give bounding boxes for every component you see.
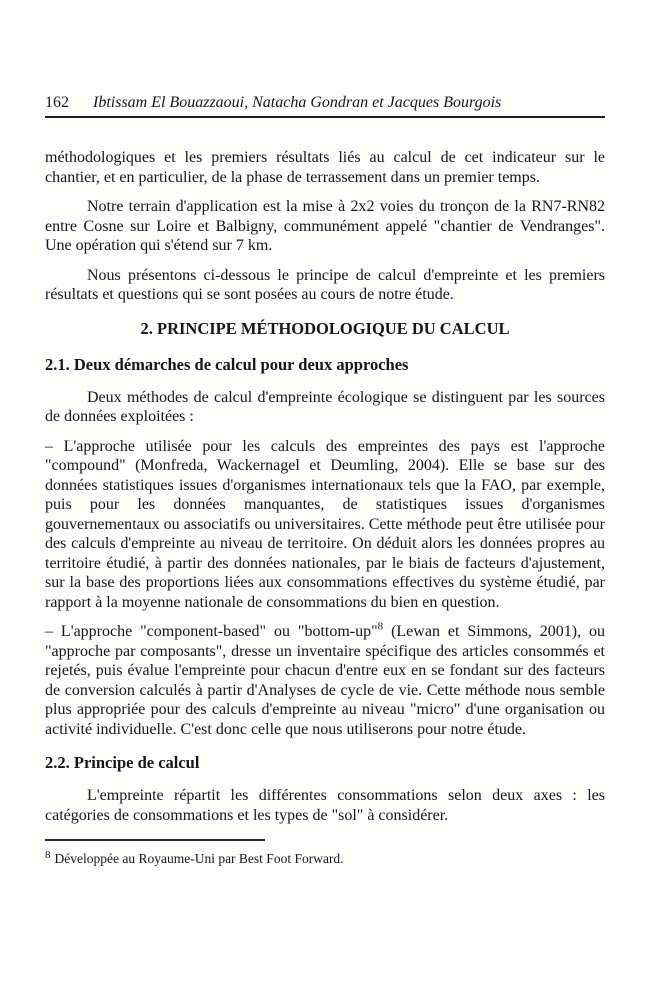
footnote-8: 8Développée au Royaume-Uni par Best Foot… — [45, 851, 605, 867]
paragraph-presentation: Nous présentons ci-dessous le principe d… — [45, 266, 605, 305]
paragraph-continuation: méthodologiques et les premiers résultat… — [45, 148, 605, 187]
list-item-text-before-ref: – L'approche "component-based" ou "botto… — [45, 623, 378, 640]
list-item-compound-approach: – L'approche utilisée pour les calculs d… — [45, 437, 605, 613]
paragraph-empreinte-axes: L'empreinte répartit les différentes con… — [45, 786, 605, 825]
paragraph-terrain-application: Notre terrain d'application est la mise … — [45, 197, 605, 256]
running-head: 162 Ibtissam El Bouazzaoui, Natacha Gond… — [45, 94, 605, 118]
footnote-text: Développée au Royaume-Uni par Best Foot … — [55, 851, 344, 866]
list-item-component-based-approach: – L'approche "component-based" ou "botto… — [45, 622, 605, 739]
section-heading-2: 2. PRINCIPE MÉTHODOLOGIQUE DU CALCUL — [45, 319, 605, 339]
footnote-area: 8Développée au Royaume-Uni par Best Foot… — [45, 839, 605, 867]
document-page: 162 Ibtissam El Bouazzaoui, Natacha Gond… — [0, 0, 650, 1007]
subsection-heading-2-2: 2.2. Principe de calcul — [45, 753, 605, 773]
footnote-separator-rule — [45, 839, 265, 841]
page-number: 162 — [45, 94, 69, 112]
paragraph-two-methods-intro: Deux méthodes de calcul d'empreinte écol… — [45, 388, 605, 427]
footnote-marker-8: 8 — [45, 849, 51, 861]
list-item-text-after-ref: (Lewan et Simmons, 2001), ou "approche p… — [45, 623, 605, 738]
subsection-heading-2-1: 2.1. Deux démarches de calcul pour deux … — [45, 355, 605, 375]
running-head-authors: Ibtissam El Bouazzaoui, Natacha Gondran … — [93, 94, 501, 112]
